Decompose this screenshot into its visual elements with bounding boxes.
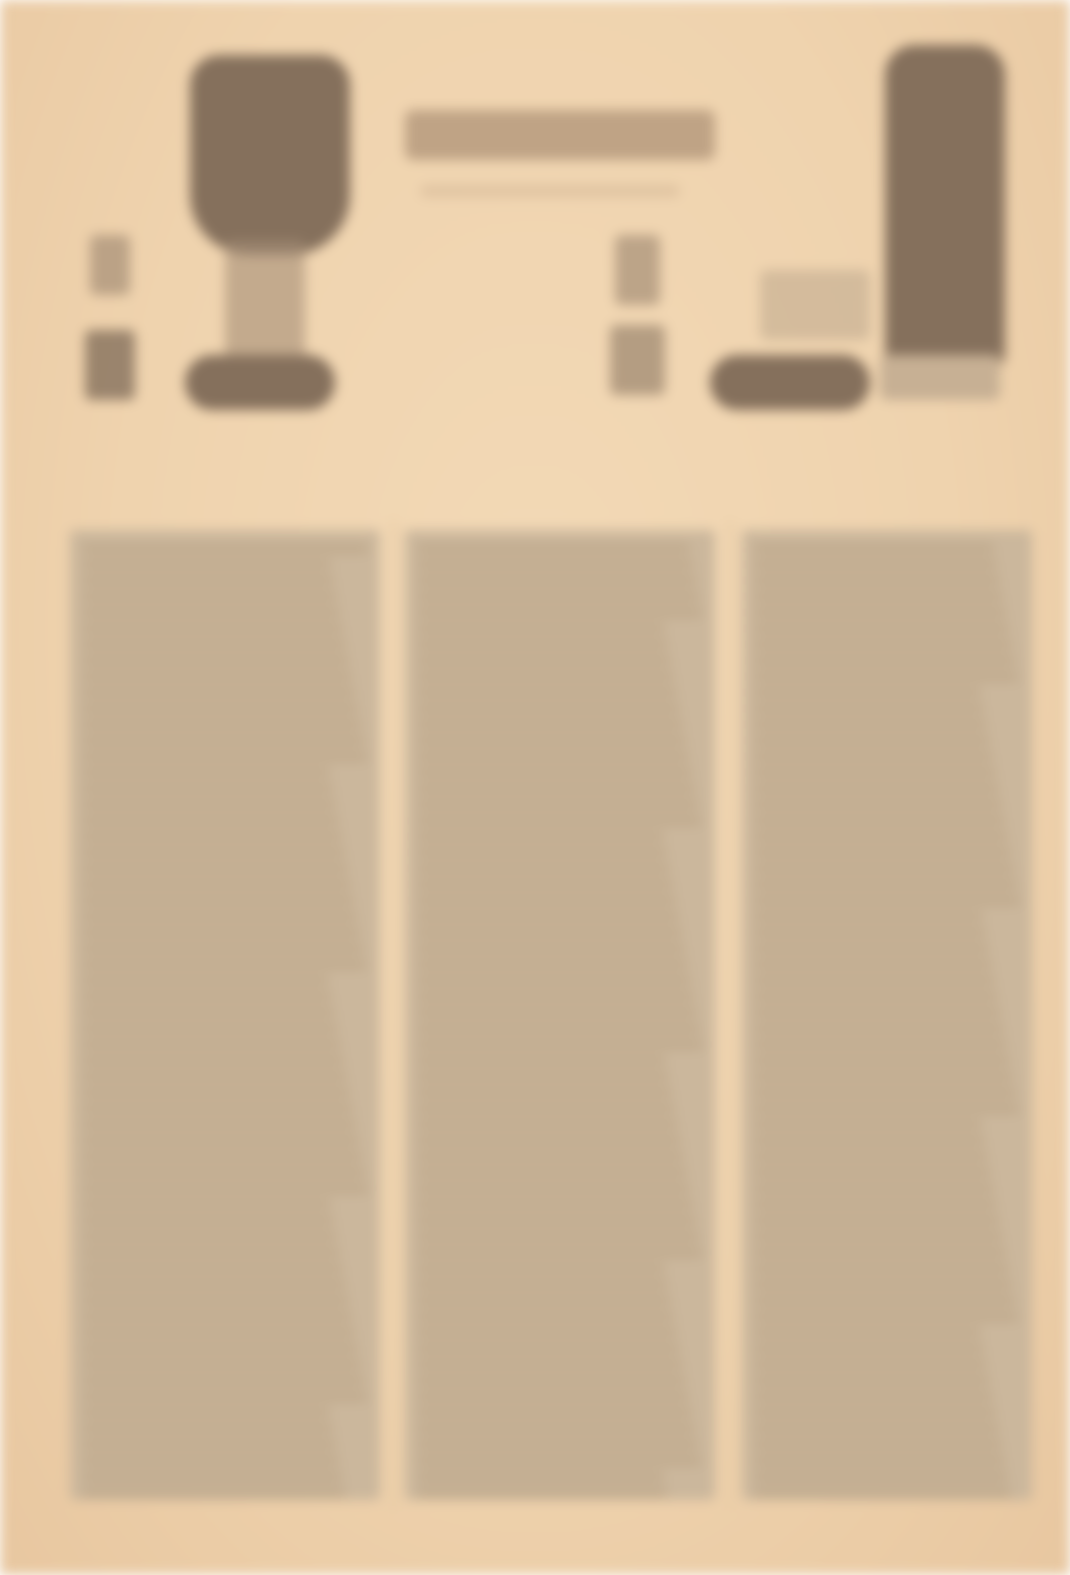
illegible-text-line [417, 960, 688, 969]
illegible-text-line [82, 768, 330, 777]
illegible-text-line [82, 992, 332, 1001]
illegible-text-line [754, 1312, 1018, 1321]
illegible-text-line [82, 1280, 346, 1289]
illegible-text-line [82, 1216, 334, 1225]
illegible-text-line [754, 1440, 1002, 1449]
column-divider [392, 520, 396, 1510]
illegible-text-line [417, 912, 679, 921]
illegible-text-line [82, 720, 361, 729]
illegible-text-line [417, 592, 699, 601]
illegible-text-line [417, 1168, 687, 1177]
illegible-text-line [754, 1056, 1010, 1065]
illegible-text-line [417, 1248, 702, 1257]
illegible-text-line [82, 800, 336, 809]
illegible-text-line [754, 1296, 1015, 1305]
illegible-text-line [754, 1376, 990, 1385]
illegible-text-line [82, 816, 339, 825]
illegible-text-line [417, 624, 665, 633]
illegible-text-line [417, 1328, 677, 1337]
illegible-text-line [82, 1088, 350, 1097]
illegible-text-line [754, 752, 993, 761]
illegible-text-line [417, 880, 673, 889]
illegible-text-line [82, 1136, 359, 1145]
illegible-text-line [754, 592, 1003, 601]
illegible-text-line [417, 976, 691, 985]
illegible-text-line [417, 816, 701, 825]
illegible-text-line [417, 576, 696, 585]
illegible-text-line [82, 1248, 340, 1257]
illegible-text-line [417, 1312, 674, 1321]
illegible-text-line [417, 864, 670, 873]
illegible-text-line [82, 544, 368, 553]
illegible-text-line [82, 896, 354, 905]
illegible-text-line [417, 1488, 667, 1497]
page-subtitle [420, 185, 680, 197]
illegible-text-line [754, 672, 1018, 681]
illegible-text-line [82, 1408, 330, 1417]
illegible-text-line [417, 1424, 695, 1433]
illegible-text-line [754, 544, 994, 553]
illegible-text-line [754, 768, 996, 777]
illegible-text-line [417, 1360, 683, 1369]
illegible-text-line [417, 672, 674, 681]
illegible-text-line [82, 1392, 367, 1401]
illegible-text-line [754, 1072, 1013, 1081]
illegible-text-line [754, 800, 1002, 809]
illegible-text-line [417, 1456, 701, 1465]
illegible-text-line [754, 1216, 1000, 1225]
illegible-text-line [754, 1424, 999, 1433]
illegible-text-line [82, 1008, 335, 1017]
illegible-text-line [754, 1024, 1004, 1033]
illegible-text-line [82, 640, 346, 649]
illegible-text-line [754, 1280, 1012, 1289]
illegible-text-line [82, 560, 331, 569]
illegible-text-line [82, 1376, 364, 1385]
illegible-text-line [417, 896, 676, 905]
illegible-text-line [754, 1200, 997, 1209]
illegible-text-line [417, 1472, 664, 1481]
illegible-text-line [417, 656, 671, 665]
illegible-text-line [754, 1488, 1011, 1497]
illegible-text-line [417, 1232, 699, 1241]
illegible-text-line [82, 1024, 338, 1033]
illegible-text-line [82, 976, 329, 985]
illegible-text-line [82, 1296, 349, 1305]
illegible-text-line [82, 1040, 341, 1049]
page-title [405, 110, 715, 160]
illegible-text-line [754, 1040, 1007, 1049]
illegible-text-line [417, 544, 690, 553]
illegible-text-line [754, 720, 987, 729]
illegible-text-line [82, 848, 345, 857]
illegible-text-line [754, 1104, 1019, 1113]
text-column-1 [70, 530, 380, 1500]
illegible-text-line [82, 1184, 368, 1193]
illegible-text-line [754, 576, 1000, 585]
illegible-text-line [82, 1440, 336, 1449]
illegible-text-line [417, 1104, 675, 1113]
illegible-text-line [754, 1152, 988, 1161]
illegible-text-line [417, 848, 667, 857]
illegible-text-line [82, 576, 334, 585]
illegible-text-line [82, 832, 342, 841]
illegible-text-line [754, 1088, 1016, 1097]
illegible-text-line [417, 992, 694, 1001]
illegible-text-line [417, 944, 685, 953]
illegible-text-line [82, 656, 349, 665]
illegible-text-line [82, 928, 360, 937]
illegible-text-line [82, 1456, 339, 1465]
illegible-text-line [82, 1168, 365, 1177]
illegible-text-line [754, 608, 1006, 617]
illegible-text-line [417, 1440, 698, 1449]
illegible-text-line [417, 1088, 672, 1097]
illegible-text-line [754, 1136, 985, 1145]
illegible-text-line [754, 928, 986, 937]
illegible-text-line [82, 624, 343, 633]
illegible-text-line [754, 656, 1015, 665]
illegible-text-line [754, 704, 984, 713]
illegible-text-line [754, 1360, 987, 1369]
column-divider [728, 520, 732, 1510]
illegible-text-line [417, 1184, 690, 1193]
illegible-text-line [82, 912, 357, 921]
illegible-text-line [754, 1344, 984, 1353]
illegible-text-line [417, 1008, 697, 1017]
illegible-text-line [754, 1328, 981, 1337]
illegible-text-line [82, 960, 366, 969]
illegible-text-line [754, 1184, 994, 1193]
illegible-text-line [417, 1344, 680, 1353]
illegible-text-line [754, 960, 992, 969]
illegible-text-line [754, 832, 1008, 841]
illegible-text-line [82, 1488, 345, 1497]
illegible-text-line [417, 1152, 684, 1161]
illegible-text-line [417, 768, 692, 777]
illegible-text-line [754, 1008, 1001, 1017]
illegible-text-line [82, 1152, 362, 1161]
illegible-text-line [82, 1360, 361, 1369]
illegible-text-line [754, 1456, 1005, 1465]
illegible-text-line [82, 592, 337, 601]
illegible-text-line [82, 736, 364, 745]
illegible-text-line [82, 672, 352, 681]
illegible-text-line [417, 1376, 686, 1385]
illegible-text-line [417, 608, 702, 617]
illegible-text-line [417, 640, 668, 649]
illegible-text-line [82, 1120, 356, 1129]
illegible-text-line [754, 816, 1005, 825]
illegible-text-line [754, 624, 1009, 633]
illegible-text-line [754, 640, 1012, 649]
illegible-text-line [417, 752, 689, 761]
illegible-text-line [754, 1168, 991, 1177]
illegible-text-line [417, 1040, 703, 1049]
illegible-text-line [82, 608, 340, 617]
illegible-text-line [417, 800, 698, 809]
illegible-text-line [82, 752, 367, 761]
illegible-text-line [82, 1424, 333, 1433]
illegible-text-line [754, 1472, 1008, 1481]
illegible-text-line [754, 1232, 1003, 1241]
illegible-text-line [417, 736, 686, 745]
illegible-text-line [754, 736, 990, 745]
illegible-text-line [417, 1120, 678, 1129]
illegible-text-line [417, 704, 680, 713]
illegible-text-line [82, 1056, 344, 1065]
illegible-text-line [82, 1200, 331, 1209]
text-column-2 [405, 530, 715, 1500]
illegible-text-line [417, 832, 664, 841]
illegible-text-line [754, 896, 1020, 905]
illegible-text-line [754, 560, 997, 569]
illegible-text-line [754, 944, 989, 953]
illegible-text-line [82, 1232, 337, 1241]
illegible-text-line [417, 784, 695, 793]
illegible-text-line [417, 1200, 693, 1209]
text-column-3 [742, 530, 1032, 1500]
illegible-text-line [417, 1136, 681, 1145]
illegible-text-line [82, 1344, 358, 1353]
illegible-text-line [754, 848, 1011, 857]
illegible-text-line [82, 1104, 353, 1113]
illegible-text-line [417, 1056, 666, 1065]
illegible-text-line [754, 1408, 996, 1417]
illegible-text-line [754, 1392, 993, 1401]
illegible-text-line [82, 1472, 342, 1481]
illegible-text-line [82, 1264, 343, 1273]
illegible-text-line [417, 688, 677, 697]
illegible-text-line [417, 1408, 692, 1417]
illegible-text-line [82, 784, 333, 793]
illegible-text-line [82, 704, 358, 713]
illegible-text-line [417, 1296, 671, 1305]
illegible-text-line [754, 992, 998, 1001]
illegible-text-line [82, 688, 355, 697]
illegible-text-line [82, 1312, 352, 1321]
illegible-text-line [754, 784, 999, 793]
scanned-page [0, 0, 1070, 1575]
illegible-text-line [417, 928, 682, 937]
illegible-text-line [417, 1024, 700, 1033]
illegible-text-line [754, 880, 1017, 889]
illegible-text-line [754, 1264, 1009, 1273]
illegible-text-line [417, 1264, 665, 1273]
illegible-text-line [754, 976, 995, 985]
illegible-text-line [754, 688, 981, 697]
illegible-text-line [82, 864, 348, 873]
illegible-text-line [417, 720, 683, 729]
illegible-text-line [417, 1216, 696, 1225]
illegible-text-line [754, 1120, 982, 1129]
illegible-text-line [417, 1072, 669, 1081]
illegible-text-line [417, 560, 693, 569]
illegible-text-line [82, 1328, 355, 1337]
illegible-text-line [82, 944, 363, 953]
illegible-text-line [82, 1072, 347, 1081]
illegible-text-line [417, 1392, 689, 1401]
illegible-text-line [754, 1248, 1006, 1257]
illegible-text-line [417, 1280, 668, 1289]
illegible-text-line [754, 912, 983, 921]
illegible-text-line [754, 864, 1014, 873]
illegible-text-line [82, 880, 351, 889]
